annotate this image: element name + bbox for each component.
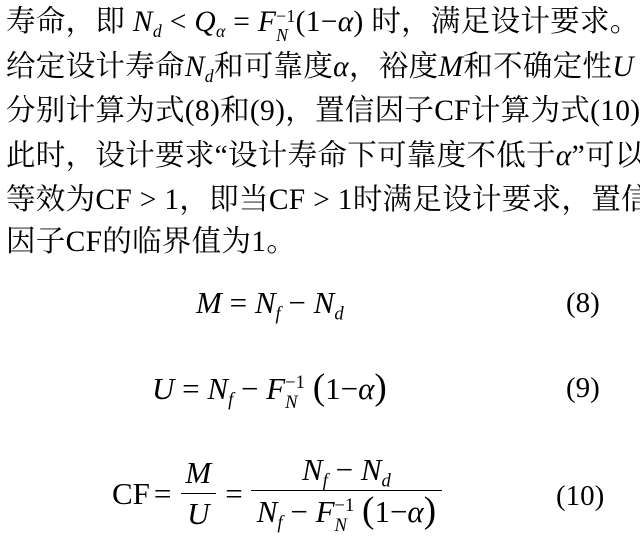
- eq10-equals1: =: [154, 476, 171, 512]
- equation-number-9: (9): [566, 368, 600, 408]
- eq9-one: 1: [325, 371, 341, 406]
- var-alpha: α: [556, 140, 572, 172]
- var-U: U: [612, 51, 634, 83]
- var-N: N: [185, 51, 205, 83]
- eq8-sub-f: f: [276, 304, 281, 325]
- math-lparen: (: [296, 6, 306, 38]
- eq9-N: N: [207, 371, 228, 406]
- math-alpha: α: [338, 6, 354, 38]
- line1-text-before: 寿命，即: [6, 6, 133, 38]
- eq10-den-minus: −: [290, 494, 307, 529]
- eq10-M: M: [179, 455, 217, 493]
- var-sub-d: d: [205, 66, 214, 86]
- equation-number-8: (8): [566, 283, 600, 323]
- line4-text-2: ”可以: [572, 140, 640, 172]
- eq9-equals: =: [182, 371, 199, 406]
- var-M: M: [438, 51, 463, 83]
- eq10-fraction-main: Nf − Nd Nf − F−1N−1 (1−α): [251, 452, 442, 535]
- eq10-rparen: ): [424, 490, 436, 531]
- text-line-1: 寿命，即 Nd < Qα = F−1N−1(1−α) 时，满足设计要求。: [6, 2, 640, 42]
- math-eq: =: [233, 6, 250, 38]
- eq10-alpha: α: [407, 494, 423, 529]
- eq9-sub-f: f: [228, 390, 233, 411]
- eq8-equals: =: [230, 285, 247, 320]
- eq10-equals2: =: [225, 476, 242, 512]
- eq10-num-N2: N: [361, 452, 382, 487]
- eq9-alpha: α: [358, 371, 374, 406]
- eq10-U: U: [181, 493, 215, 532]
- text-line-3: 分别计算为式(8)和(9)，置信因子CF计算为式(10)。: [6, 91, 640, 131]
- eq9-sub-N: N: [285, 383, 297, 423]
- eq10-one: 1: [374, 494, 390, 529]
- eq10-den-F: F: [316, 494, 335, 529]
- equation-9: U = Nf − F−1N−1 (1−α): [152, 368, 387, 414]
- line4-text-1: 此时，设计要求“设计寿命下可靠度不低于: [6, 140, 556, 172]
- var-alpha: α: [333, 51, 349, 83]
- eq10-fraction-MU: M U: [179, 455, 217, 532]
- math-F: F: [258, 6, 276, 38]
- eq10-sub-N: N: [335, 508, 347, 544]
- eq9-U: U: [152, 371, 174, 406]
- eq10-numerator: Nf − Nd: [296, 452, 397, 490]
- eq9-F-scripts: −1N−1: [285, 369, 305, 414]
- text-line-2: 给定设计寿命Nd和可靠度α，裕度M和不确定性U: [6, 47, 634, 87]
- eq8-N2: N: [314, 285, 335, 320]
- eq8-minus: −: [288, 285, 305, 320]
- eq10-num-sub-f: f: [323, 471, 328, 492]
- eq9-minus2: −: [341, 371, 358, 406]
- text-line-5: 等效为CF > 1，即当CF > 1时满足设计要求，置信: [6, 180, 640, 220]
- line2-text-3: ，裕度: [349, 51, 438, 83]
- eq9-lparen: (: [313, 367, 325, 408]
- equation-8: M = Nf − Nd: [196, 283, 344, 323]
- eq9-F: F: [266, 371, 285, 406]
- math-Q: Q: [194, 6, 216, 38]
- eq10-den-sub-f: f: [277, 513, 282, 534]
- eq10-CF: CF: [112, 476, 150, 512]
- math-sub-alpha: α: [216, 21, 226, 41]
- eq10-F-scripts: −1N−1: [335, 494, 355, 535]
- math-lt: <: [170, 6, 187, 38]
- math-rparen: ): [354, 6, 364, 38]
- eq8-N: N: [255, 285, 276, 320]
- eq10-num-minus: −: [336, 452, 353, 487]
- eq10-num-sub-d: d: [382, 471, 391, 492]
- math-N: N: [133, 6, 153, 38]
- line1-text-after: 时，满足设计要求。: [364, 6, 640, 38]
- line2-text-4: 和不确定性: [463, 51, 612, 83]
- eq8-sub-d: d: [334, 304, 343, 325]
- eq10-den-N: N: [257, 494, 278, 529]
- math-F-scripts: −1N−1: [276, 2, 295, 45]
- eq10-lparen: (: [362, 490, 374, 531]
- eq10-denominator: Nf − F−1N−1 (1−α): [251, 490, 442, 535]
- text-line-6: 因子CF的临界值为1。: [6, 222, 296, 262]
- eq9-rparen: ): [374, 367, 386, 408]
- eq9-minus: −: [241, 371, 258, 406]
- eq10-minus2: −: [390, 494, 407, 529]
- equation-10: CF = M U = Nf − Nd Nf − F−1N−1 (1−α): [112, 452, 446, 535]
- equation-number-10: (10): [556, 476, 604, 516]
- line2-text-2: 和可靠度: [214, 51, 333, 83]
- math-one: 1: [306, 6, 321, 38]
- math-sub-d: d: [153, 21, 162, 41]
- line2-text-1: 给定设计寿命: [6, 51, 185, 83]
- eq8-M: M: [196, 285, 222, 320]
- eq10-num-N: N: [302, 452, 323, 487]
- text-line-4: 此时，设计要求“设计寿命下可靠度不低于α”可以: [6, 136, 640, 176]
- math-minus: −: [321, 6, 338, 38]
